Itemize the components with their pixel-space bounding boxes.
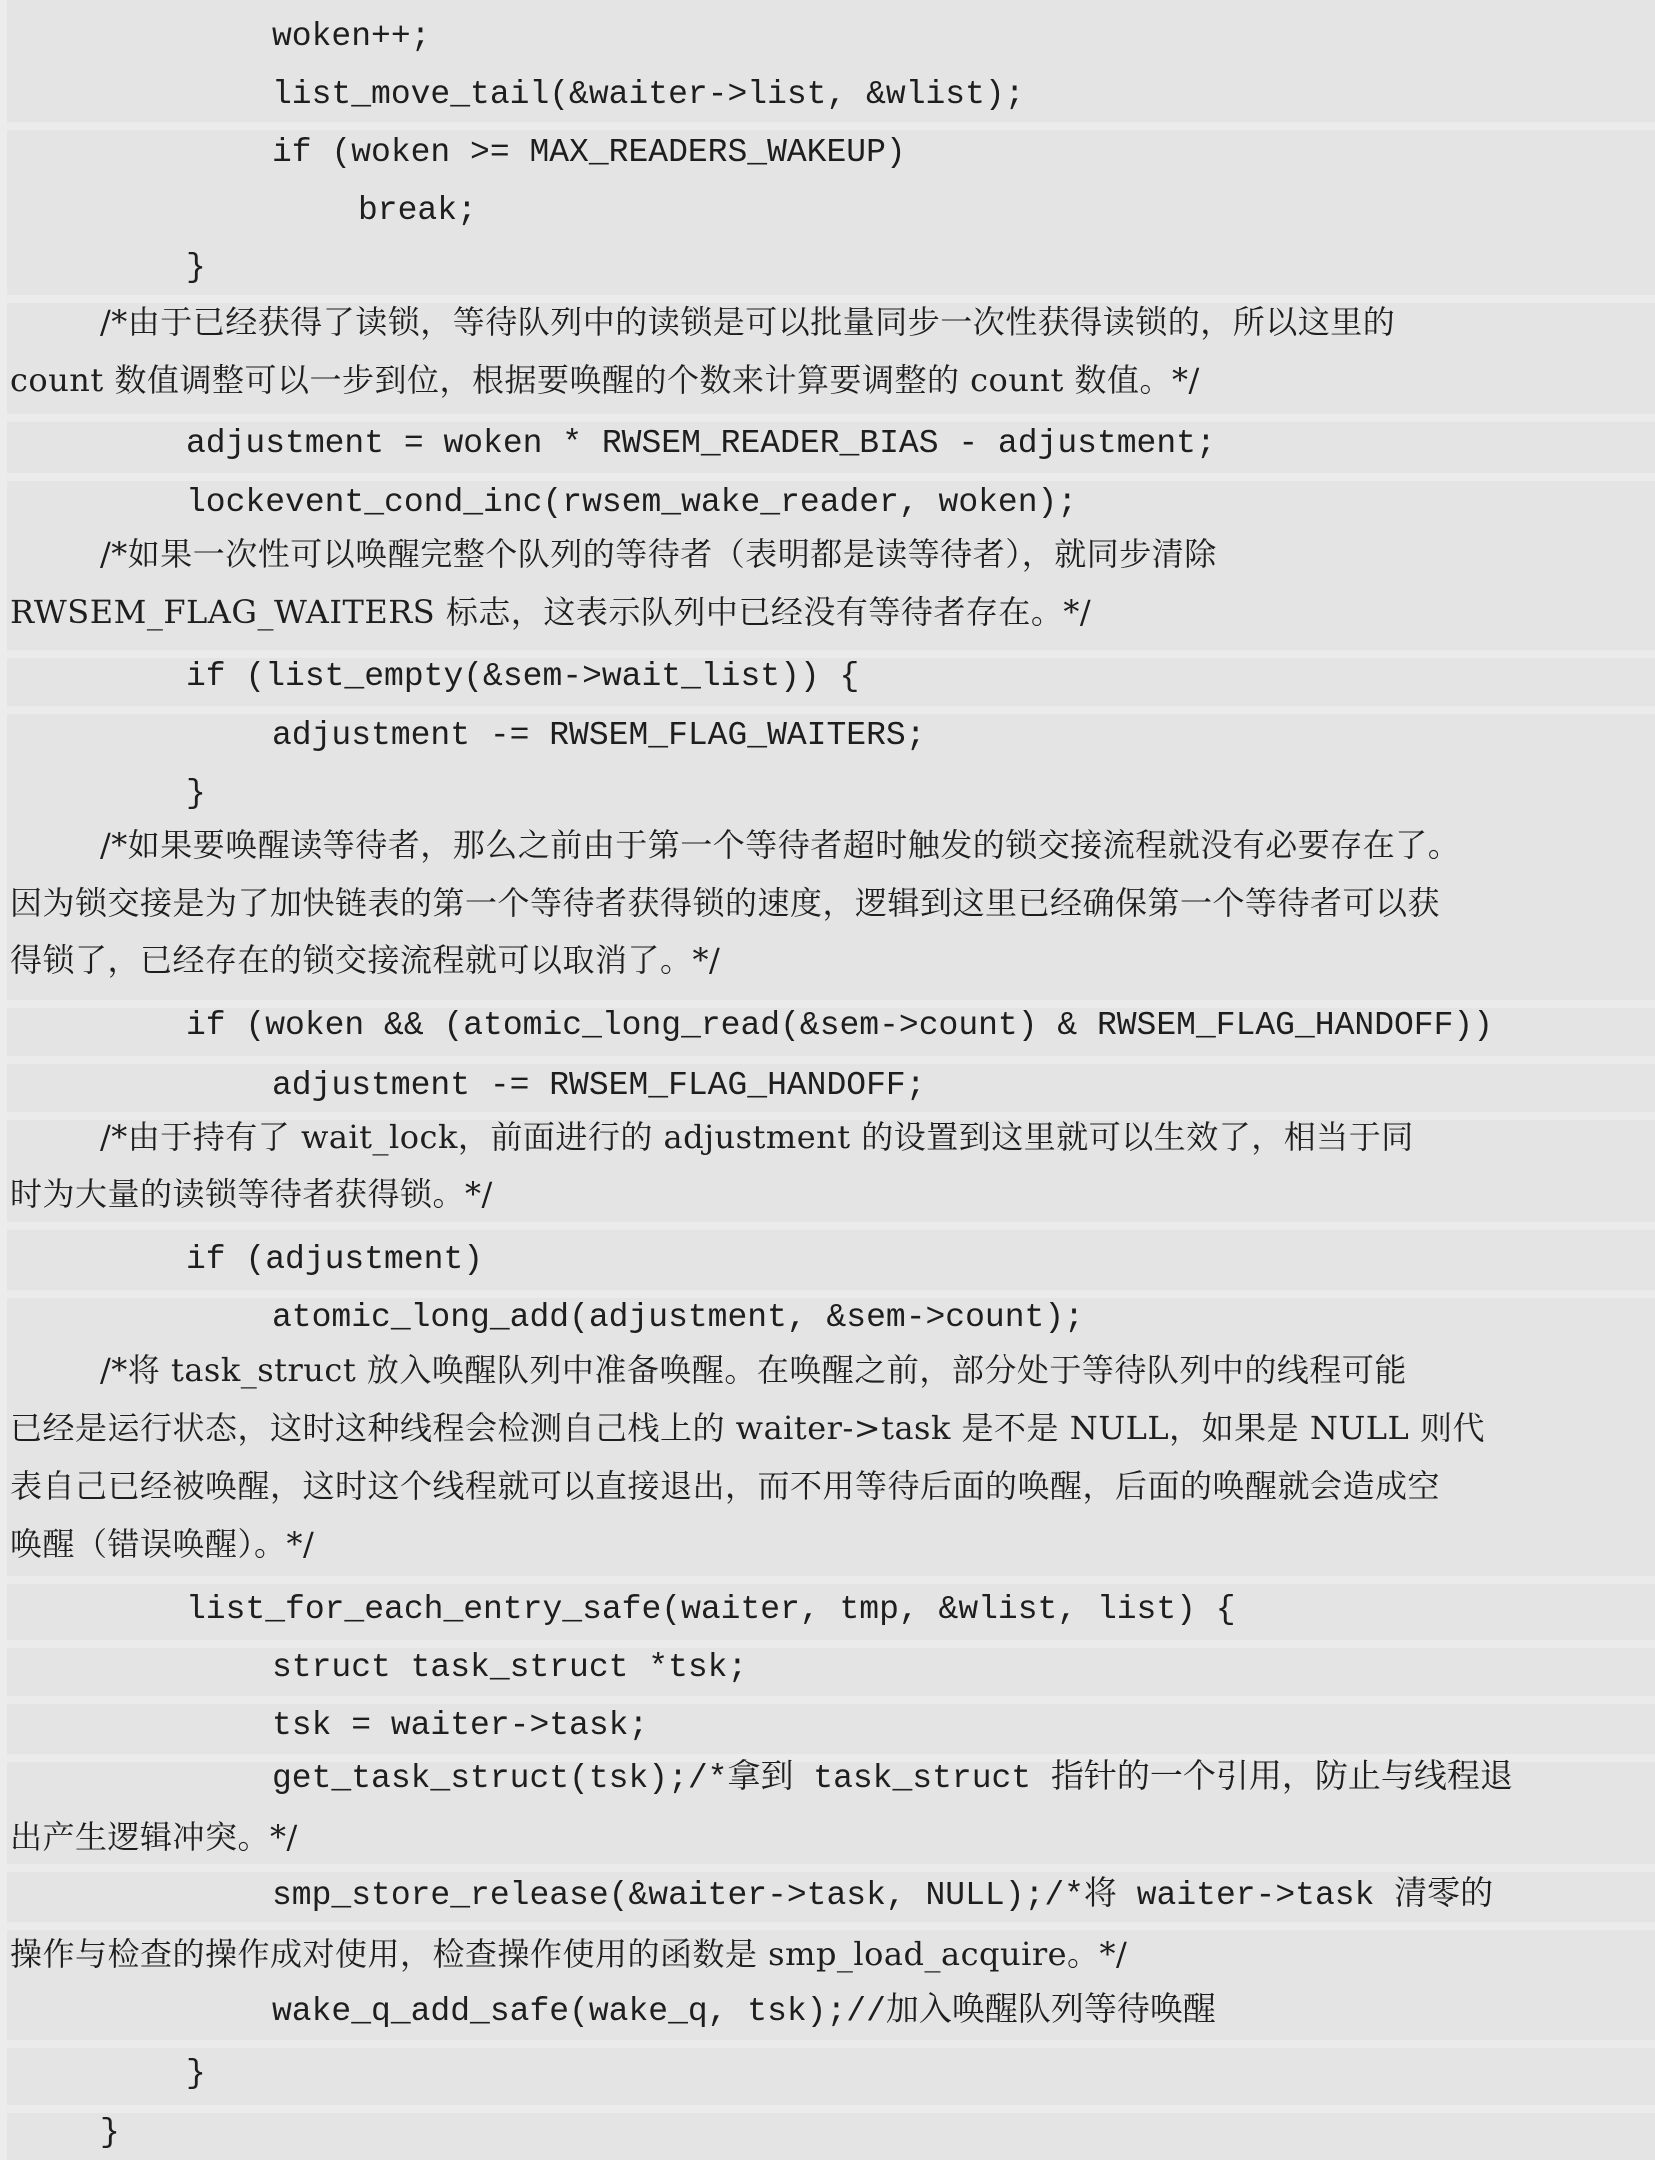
- code-line: break;: [358, 191, 477, 231]
- comment-line: /*由于持有了 wait_lock，前面进行的 adjustment 的设置到这…: [100, 1117, 1414, 1157]
- code-line: tsk = waiter->task;: [272, 1706, 648, 1746]
- comment-line: /*如果一次性可以唤醒完整个队列的等待者（表明都是读等待者），就同步清除: [100, 534, 1217, 574]
- line-separator-band: [7, 122, 1655, 130]
- line-separator-band: [7, 1864, 1655, 1872]
- code-line: }: [186, 248, 206, 288]
- comment-line: /*由于已经获得了读锁，等待队列中的读锁是可以批量同步一次性获得读锁的，所以这里…: [100, 302, 1395, 342]
- comment-line: /*如果要唤醒读等待者，那么之前由于第一个等待者超时触发的锁交接流程就没有必要存…: [100, 825, 1460, 865]
- line-separator-band: [7, 2040, 1655, 2048]
- code-line: }: [186, 2054, 206, 2094]
- comment-line: 因为锁交接是为了加快链表的第一个等待者获得锁的速度，逻辑到这里已经确保第一个等待…: [10, 883, 1440, 923]
- code-line: lockevent_cond_inc(rwsem_wake_reader, wo…: [186, 483, 1077, 523]
- comment-line: RWSEM_FLAG_WAITERS 标志，这表示队列中已经没有等待者存在。*/: [10, 592, 1091, 632]
- line-separator-band: [7, 1222, 1655, 1230]
- line-separator-band: [7, 473, 1655, 481]
- code-line: adjustment -= RWSEM_FLAG_WAITERS;: [272, 716, 926, 756]
- code-line: list_move_tail(&waiter->list, &wlist);: [272, 75, 1025, 115]
- line-separator-band: [7, 706, 1655, 714]
- line-separator-band: [7, 1922, 1655, 1930]
- comment-line: 得锁了，已经存在的锁交接流程就可以取消了。*/: [10, 940, 720, 980]
- code-line: wake_q_add_safe(wake_q, tsk);//加入唤醒队列等待唤…: [272, 1992, 1216, 2032]
- comment-line: 时为大量的读锁等待者获得锁。*/: [10, 1174, 493, 1214]
- line-separator-band: [7, 2105, 1655, 2113]
- line-separator-band: [7, 1696, 1655, 1704]
- line-separator-band: [7, 1640, 1655, 1648]
- code-line: if (adjustment): [186, 1240, 483, 1280]
- code-line: if (list_empty(&sem->wait_list)) {: [186, 657, 859, 697]
- page-left-margin: [0, 0, 7, 2160]
- code-line: struct task_struct *tsk;: [272, 1648, 747, 1688]
- code-line: }: [186, 774, 206, 814]
- comment-line: 唤醒（错误唤醒）。*/: [10, 1524, 314, 1564]
- comment-line: 出产生逻辑冲突。*/: [10, 1817, 298, 1857]
- comment-line: 已经是运行状态，这时这种线程会检测自己栈上的 waiter->task 是不是 …: [10, 1408, 1485, 1448]
- code-line: smp_store_release(&waiter->task, NULL);/…: [272, 1876, 1493, 1916]
- code-line: list_for_each_entry_safe(waiter, tmp, &w…: [186, 1590, 1236, 1630]
- comment-line: /*将 task_struct 放入唤醒队列中准备唤醒。在唤醒之前，部分处于等待…: [100, 1350, 1407, 1390]
- comment-line: 表自己已经被唤醒，这时这个线程就可以直接退出，而不用等待后面的唤醒，后面的唤醒就…: [10, 1466, 1440, 1506]
- code-line: adjustment = woken * RWSEM_READER_BIAS -…: [186, 424, 1216, 464]
- comment-line: count 数值调整可以一步到位，根据要唤醒的个数来计算要调整的 count 数…: [10, 360, 1200, 400]
- code-line: get_task_struct(tsk);/*拿到 task_struct 指针…: [272, 1759, 1513, 1799]
- code-line: if (woken && (atomic_long_read(&sem->cou…: [186, 1006, 1493, 1046]
- line-separator-band: [7, 414, 1655, 422]
- code-line: woken++;: [272, 17, 430, 57]
- line-separator-band: [7, 1290, 1655, 1298]
- code-line: adjustment -= RWSEM_FLAG_HANDOFF;: [272, 1066, 926, 1106]
- line-separator-band: [7, 1576, 1655, 1584]
- line-separator-band: [7, 1056, 1655, 1064]
- code-line: }: [100, 2113, 120, 2153]
- comment-line: 操作与检查的操作成对使用，检查操作使用的函数是 smp_load_acquire…: [10, 1934, 1127, 1974]
- code-line: atomic_long_add(adjustment, &sem->count)…: [272, 1298, 1084, 1338]
- code-line: if (woken >= MAX_READERS_WAKEUP): [272, 133, 906, 173]
